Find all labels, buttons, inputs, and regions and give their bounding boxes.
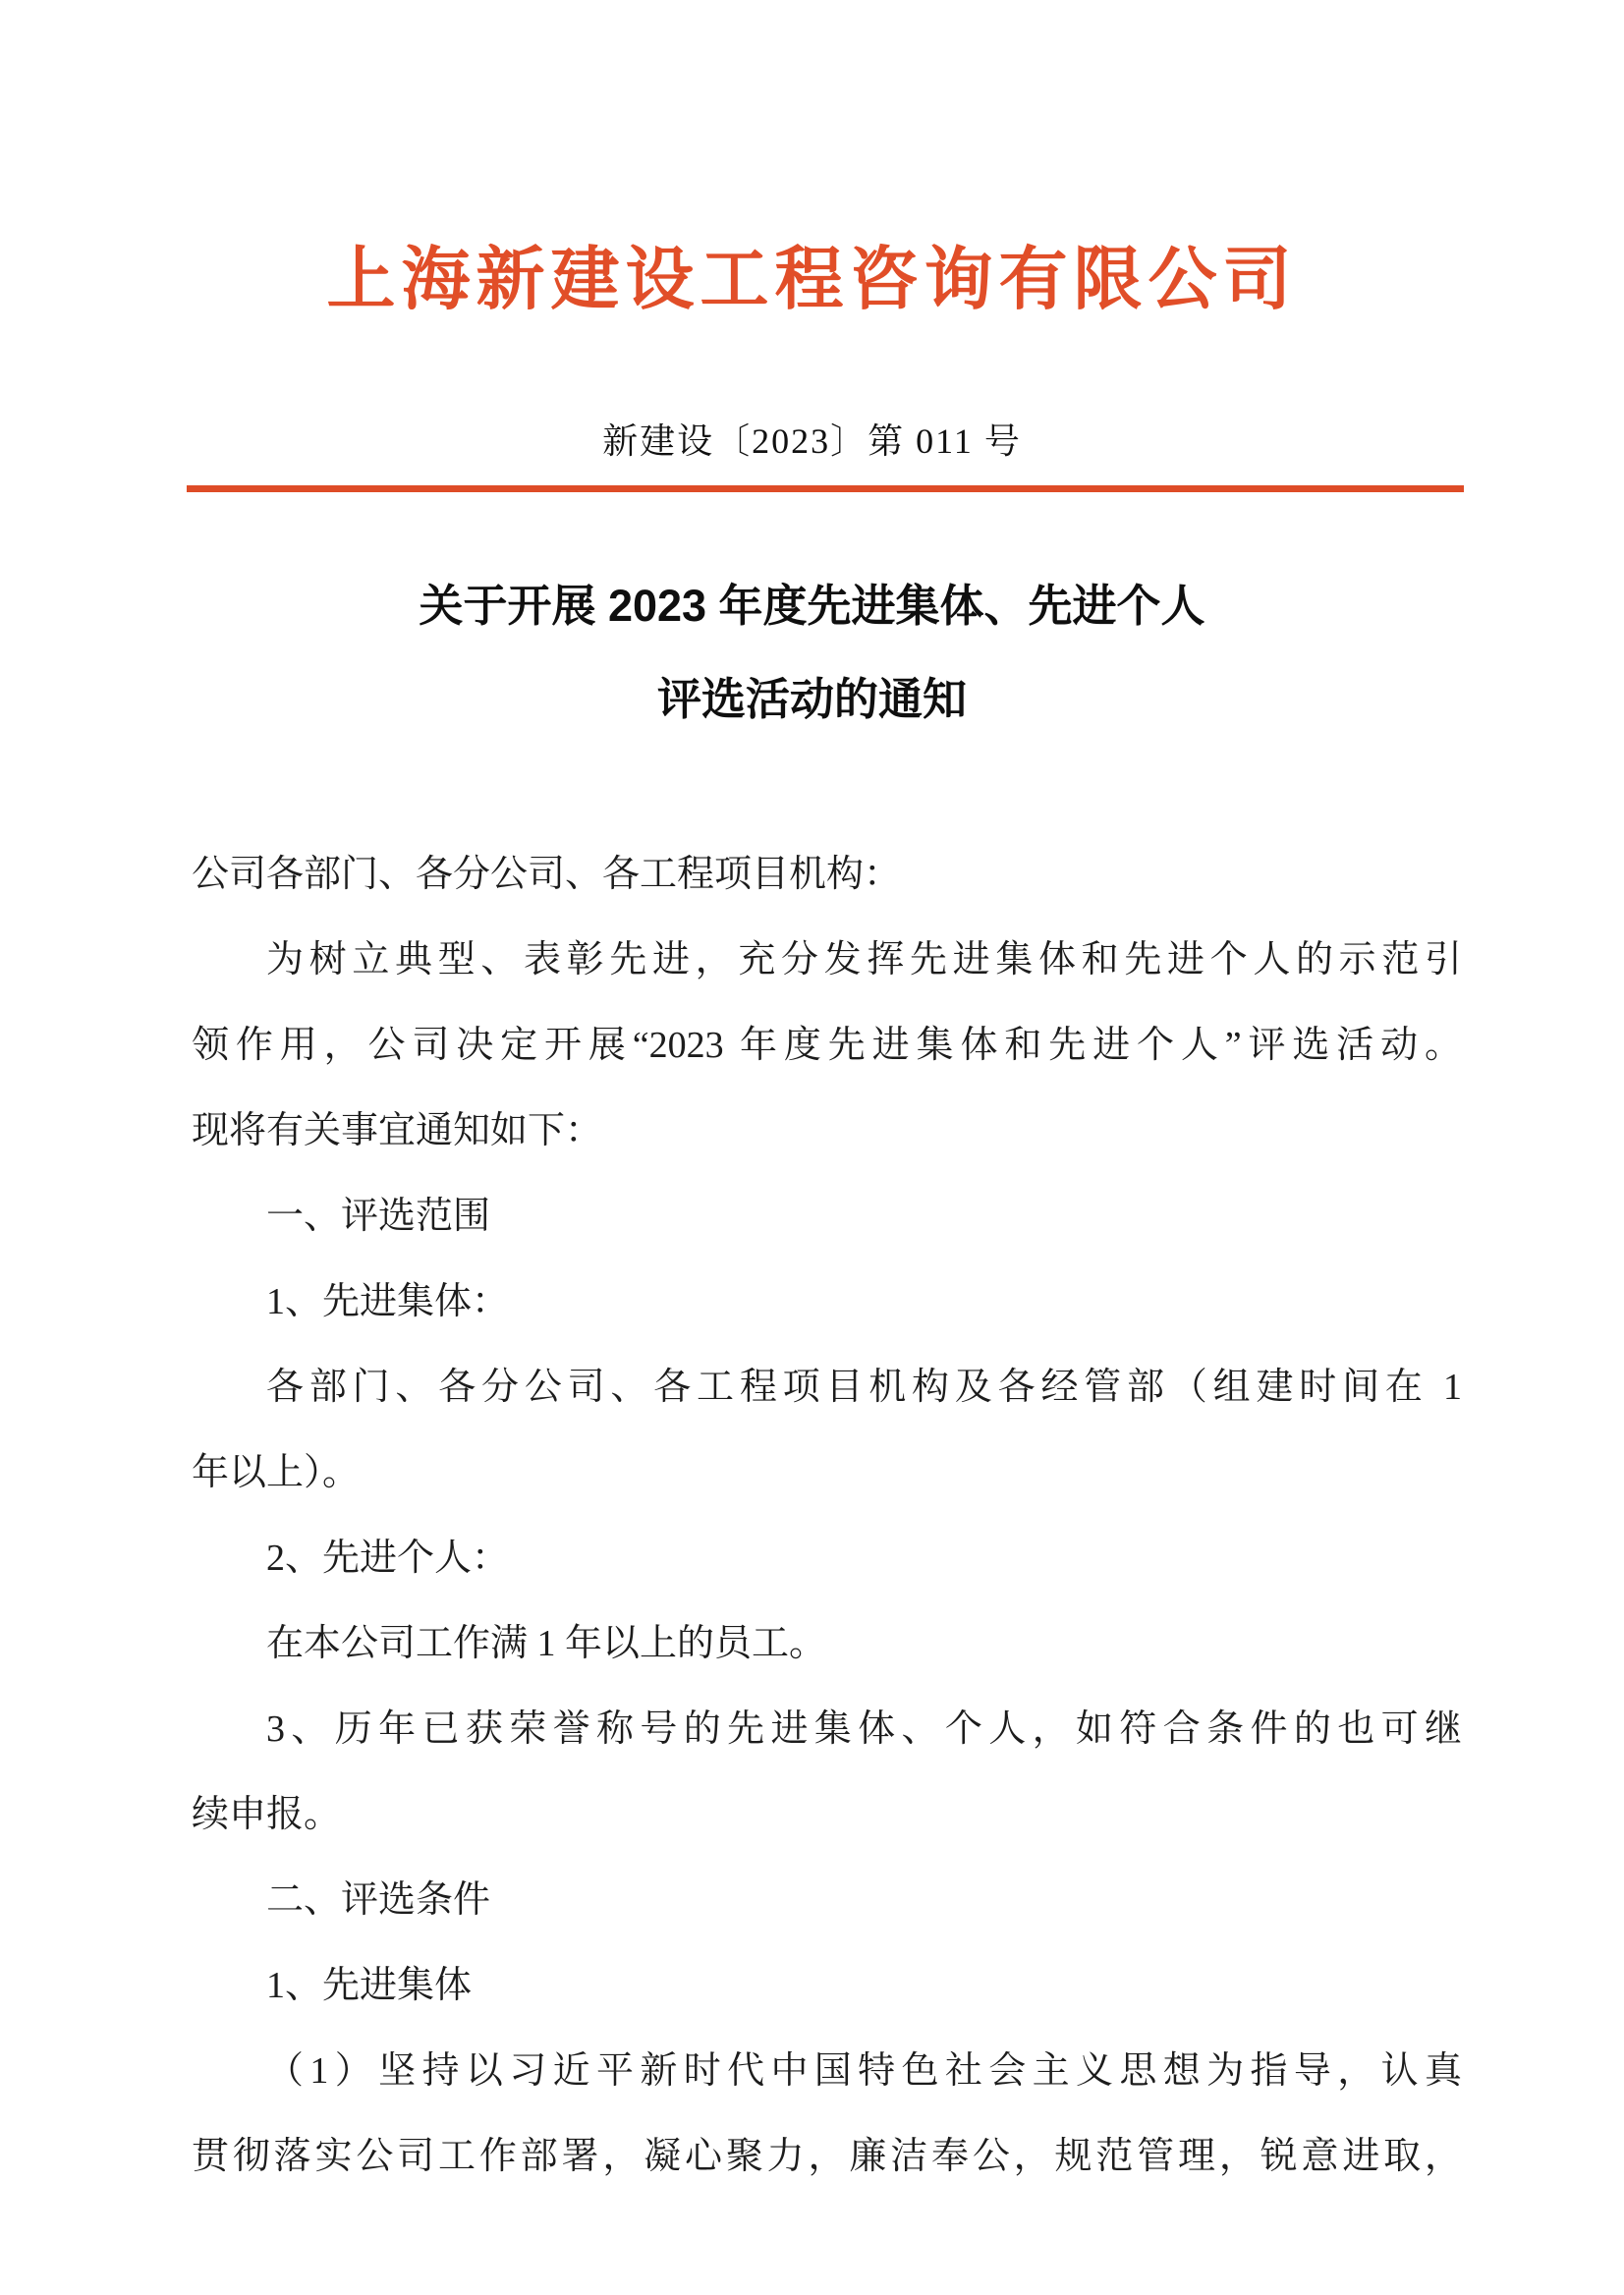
red-divider-rule (187, 485, 1464, 492)
body-line: 在本公司工作满 1 年以上的员工。 (192, 1601, 1462, 1687)
body-line-salutation: 公司各部门、各分公司、各工程项目机构： (192, 832, 1462, 918)
notice-title-line-1: 关于开展 2023 年度先进集体、先进个人 (0, 559, 1624, 652)
body-line-item-3: 3、历年已获荣誉称号的先进集体、个人，如符合条件的也可继 (192, 1687, 1462, 1772)
body-line-item-2: 2、先进个人： (192, 1516, 1462, 1601)
body-line-section-1-heading: 一、评选范围 (192, 1174, 1462, 1259)
body-line: 领作用，公司决定开展“2023 年度先进集体和先进个人”评选活动。 (192, 1003, 1462, 1089)
body-line: 现将有关事宜通知如下： (192, 1089, 1462, 1174)
body-line: 续申报。 (192, 1772, 1462, 1858)
company-name-title: 上海新建设工程咨询有限公司 (0, 0, 1624, 323)
scanned-document-page: 上海新建设工程咨询有限公司 新建设〔2023〕第 011 号 关于开展 2023… (0, 0, 1624, 2295)
body-line: 为树立典型、表彰先进，充分发挥先进集体和先进个人的示范引 (192, 918, 1462, 1003)
body-line: （1）坚持以习近平新时代中国特色社会主义思想为指导，认真 (192, 2029, 1462, 2114)
notice-title-line-2: 评选活动的通知 (0, 652, 1624, 746)
notice-title: 关于开展 2023 年度先进集体、先进个人 评选活动的通知 (0, 559, 1624, 746)
body-line-section-2-heading: 二、评选条件 (192, 1858, 1462, 1943)
body-line: 年以上）。 (192, 1430, 1462, 1516)
body-line: 各部门、各分公司、各工程项目机构及各经管部（组建时间在 1 (192, 1345, 1462, 1430)
document-body: 公司各部门、各分公司、各工程项目机构： 为树立典型、表彰先进，充分发挥先进集体和… (192, 832, 1462, 2200)
document-header: 上海新建设工程咨询有限公司 新建设〔2023〕第 011 号 (0, 0, 1624, 464)
body-line-item-1-conditions: 1、先进集体 (192, 1943, 1462, 2029)
document-number: 新建设〔2023〕第 011 号 (0, 414, 1624, 464)
body-line-item-1: 1、先进集体： (192, 1259, 1462, 1345)
body-line: 贯彻落实公司工作部署，凝心聚力，廉洁奉公，规范管理，锐意进取， (192, 2114, 1462, 2200)
